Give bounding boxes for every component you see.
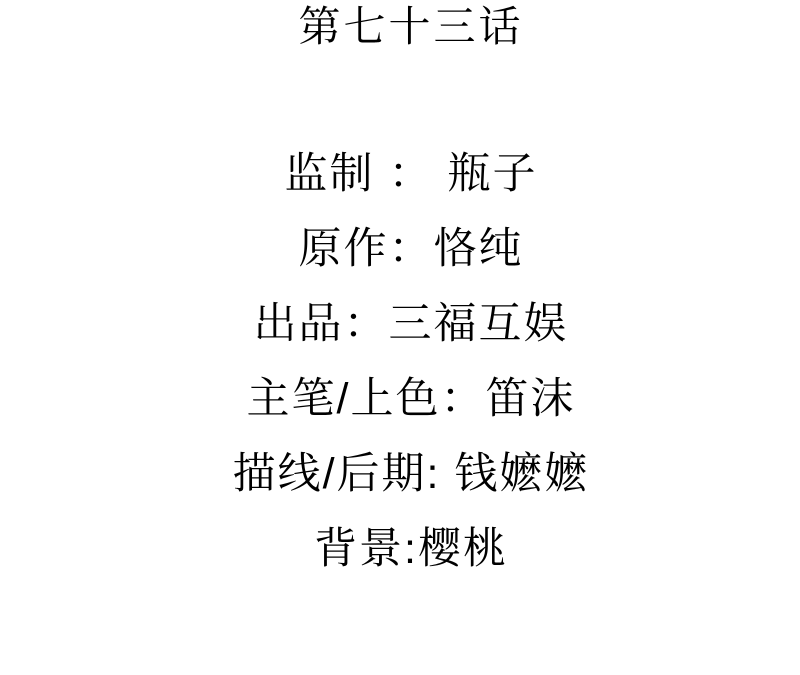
credit-line-supervisor: 监制 ： 瓶子: [11, 137, 800, 212]
credit-line-background-artist: 背景:樱桃: [11, 512, 800, 587]
credit-line-artist-colorist: 主笔/上色：笛沫: [11, 362, 800, 437]
comic-credits-page: 第七十三话 监制 ： 瓶子 原作：恪纯 出品：三福互娱 主笔/上色：笛沫 描线/…: [0, 0, 800, 675]
credit-line-production-company: 出品：三福互娱: [11, 287, 800, 362]
credits-list: 监制 ： 瓶子 原作：恪纯 出品：三福互娱 主笔/上色：笛沫 描线/后期: 钱嬷…: [11, 137, 800, 587]
credit-line-lineart-postproduction: 描线/后期: 钱嬷嬷: [11, 437, 800, 512]
credit-line-original-author: 原作：恪纯: [11, 212, 800, 287]
chapter-title: 第七十三话: [11, 2, 800, 52]
